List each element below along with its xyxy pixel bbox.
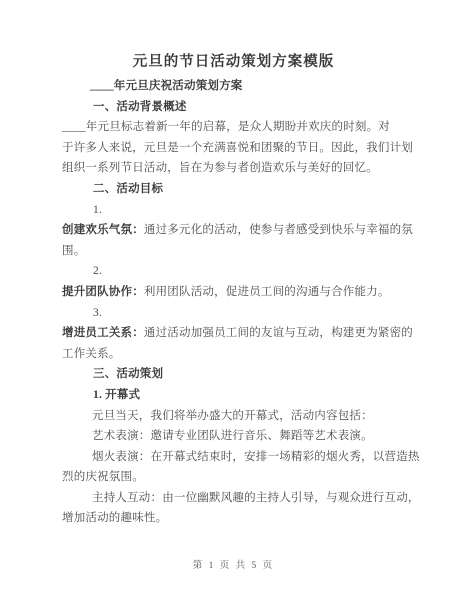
document-title: 元旦的节日活动策划方案模版: [62, 51, 405, 73]
goal1-term: 创建欢乐气氛：: [62, 224, 144, 236]
goal1-number: 1.: [62, 200, 405, 221]
section2-heading: 二、活动目标: [62, 179, 405, 200]
section3-heading: 三、活动策划: [62, 364, 405, 385]
section3-paragraph-line: 增加活动的趣味性。: [62, 508, 405, 529]
goal2-text: 利用团队活动，促进员工间的沟通与合作能力。: [144, 286, 390, 298]
document-page: 元旦的节日活动策划方案模版 ____年元旦庆祝活动策划方案 一、活动背景概述 _…: [0, 0, 463, 600]
section1-paragraph-line: 组织一系列节日活动，旨在为参与者创造欢乐与美好的回忆。: [62, 158, 405, 179]
goal2-line: 提升团队协作：利用团队活动，促进员工间的沟通与合作能力。: [62, 282, 405, 303]
footer-page-number: 第 1 页 共 5 页: [62, 559, 405, 573]
goal3-text: 通过活动加强员工间的友谊与互动，构建更为紧密的: [144, 327, 413, 339]
goal1-line: 创建欢乐气氛：通过多元化的活动，使参与者感受到快乐与幸福的氛: [62, 220, 405, 241]
document-subtitle: ____年元旦庆祝活动策划方案: [62, 76, 405, 97]
section1-paragraph-line: ____年元旦标志着新一年的启幕，是众人期盼并欢庆的时刻。对: [62, 117, 405, 138]
section3-paragraph-line: 元旦当天，我们将举办盛大的开幕式，活动内容包括：: [62, 406, 405, 427]
goal1-text: 通过多元化的活动，使参与者感受到快乐与幸福的氛: [144, 224, 413, 236]
section3-paragraph-line: 主持人互动：由一位幽默风趣的主持人引导，与观众进行互动，: [62, 488, 405, 509]
goal3-line: 增进员工关系：通过活动加强员工间的友谊与互动，构建更为紧密的: [62, 323, 405, 344]
section3-paragraph-line: 烟火表演：在开幕式结束时，安排一场精彩的烟火秀，以营造热: [62, 447, 405, 468]
goal2-number: 2.: [62, 261, 405, 282]
goal3-term: 增进员工关系：: [62, 327, 144, 339]
goal3-line: 工作关系。: [62, 344, 405, 365]
section1-paragraph-line: 于许多人来说，元旦是一个充满喜悦和团聚的节日。因此，我们计划: [62, 138, 405, 159]
section3-paragraph-line: 烈的庆祝氛围。: [62, 467, 405, 488]
goal2-term: 提升团队协作：: [62, 286, 144, 298]
section1-heading: 一、活动背景概述: [62, 97, 405, 118]
goal1-line: 围。: [62, 241, 405, 262]
section3-subheading: 1. 开幕式: [62, 385, 405, 406]
section3-paragraph-line: 艺术表演：邀请专业团队进行音乐、舞蹈等艺术表演。: [62, 426, 405, 447]
goal3-number: 3.: [62, 303, 405, 324]
